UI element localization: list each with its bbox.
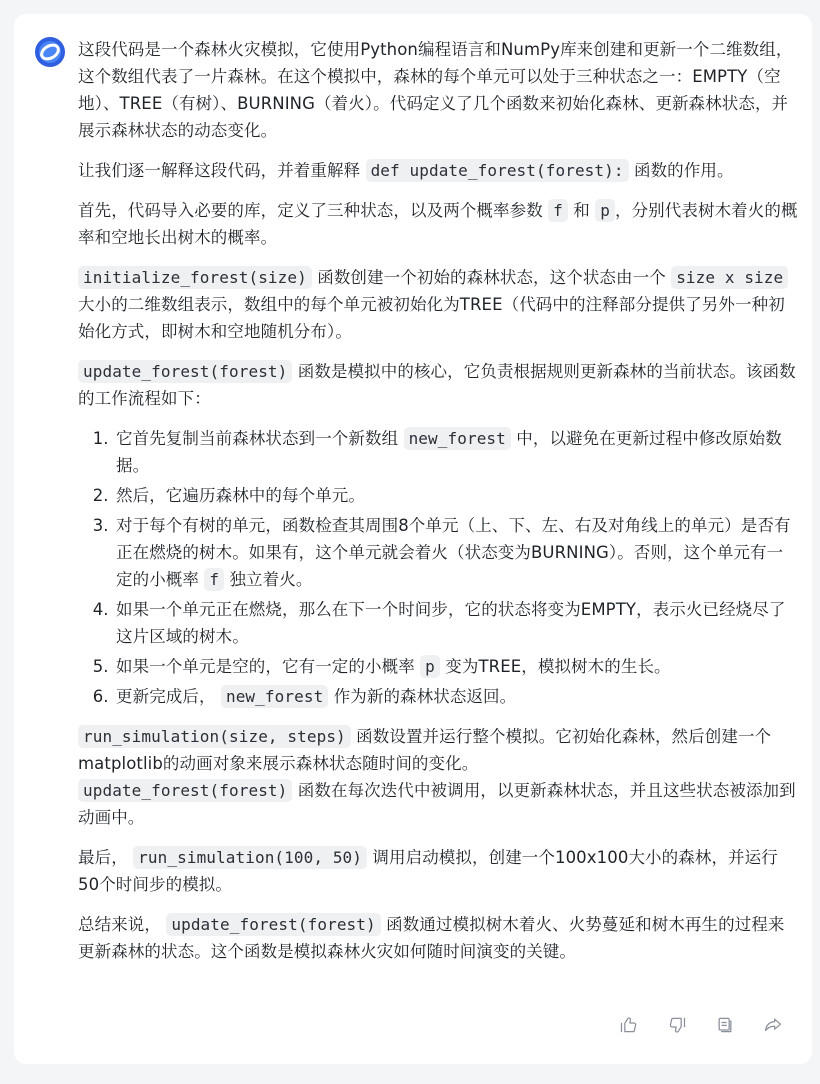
list-item: 对于每个有树的单元，函数检查其周围8个单元（上、下、左、右及对角线上的单元）是否… <box>114 512 798 593</box>
assistant-message-card: 这段代码是一个森林火灾模拟，它使用Python编程语言和NumPy库来创建和更新… <box>14 14 812 1064</box>
workflow-steps-list: 它首先复制当前森林状态到一个新数组 new_forest 中，以避免在更新过程中… <box>78 425 798 710</box>
paragraph-explain: 让我们逐一解释这段代码，并着重解释 def update_forest(fore… <box>78 157 798 184</box>
inline-code: run_simulation(100, 50) <box>133 846 367 869</box>
inline-code: new_forest <box>404 427 511 450</box>
list-item: 它首先复制当前森林状态到一个新数组 new_forest 中，以避免在更新过程中… <box>114 425 798 479</box>
inline-code: p <box>595 199 615 222</box>
message-content: 这段代码是一个森林火灾模拟，它使用Python编程语言和NumPy库来创建和更新… <box>78 36 798 978</box>
inline-code: update_forest(forest) <box>166 913 380 936</box>
copy-icon <box>715 1015 735 1035</box>
paragraph-run-simulation: run_simulation(size, steps) 函数设置并运行整个模拟。… <box>78 723 798 777</box>
share-button[interactable] <box>762 1014 784 1036</box>
paragraph-finally: 最后， run_simulation(100, 50) 调用启动模拟，创建一个1… <box>78 844 798 898</box>
copy-button[interactable] <box>714 1014 736 1036</box>
inline-code: f <box>204 568 224 591</box>
paragraph-update: update_forest(forest) 函数是模拟中的核心，它负责根据规则更… <box>78 358 798 412</box>
thumbs-down-icon <box>667 1015 687 1035</box>
message-actions <box>618 1014 784 1036</box>
inline-code: new_forest <box>221 685 328 708</box>
paragraph-initialize: initialize_forest(size) 函数创建一个初始的森林状态，这个… <box>78 264 798 345</box>
inline-code: run_simulation(size, steps) <box>78 725 351 748</box>
list-item: 如果一个单元是空的，它有一定的小概率 p 变为TREE，模拟树木的生长。 <box>114 653 798 680</box>
inline-code: f <box>548 199 568 222</box>
list-item: 更新完成后， new_forest 作为新的森林状态返回。 <box>114 683 798 710</box>
intro-paragraph: 这段代码是一个森林火灾模拟，它使用Python编程语言和NumPy库来创建和更新… <box>78 36 798 144</box>
paragraph-summary: 总结来说， update_forest(forest) 函数通过模拟树木着火、火… <box>78 911 798 965</box>
inline-code: initialize_forest(size) <box>78 266 312 289</box>
inline-code: update_forest(forest) <box>78 360 292 383</box>
assistant-avatar-icon <box>34 36 66 68</box>
dislike-button[interactable] <box>666 1014 688 1036</box>
inline-code: def update_forest(forest): <box>366 159 629 182</box>
inline-code: p <box>420 655 440 678</box>
paragraph-imports: 首先，代码导入必要的库，定义了三种状态，以及两个概率参数 f 和 p，分别代表树… <box>78 197 798 251</box>
paragraph-update-called: update_forest(forest) 函数在每次迭代中被调用，以更新森林状… <box>78 777 798 831</box>
inline-code: size x size <box>671 266 788 289</box>
inline-code: update_forest(forest) <box>78 779 292 802</box>
share-icon <box>763 1015 783 1035</box>
thumbs-up-icon <box>619 1015 639 1035</box>
like-button[interactable] <box>618 1014 640 1036</box>
list-item: 然后，它遍历森林中的每个单元。 <box>114 482 798 509</box>
list-item: 如果一个单元正在燃烧，那么在下一个时间步，它的状态将变为EMPTY，表示火已经烧… <box>114 596 798 650</box>
